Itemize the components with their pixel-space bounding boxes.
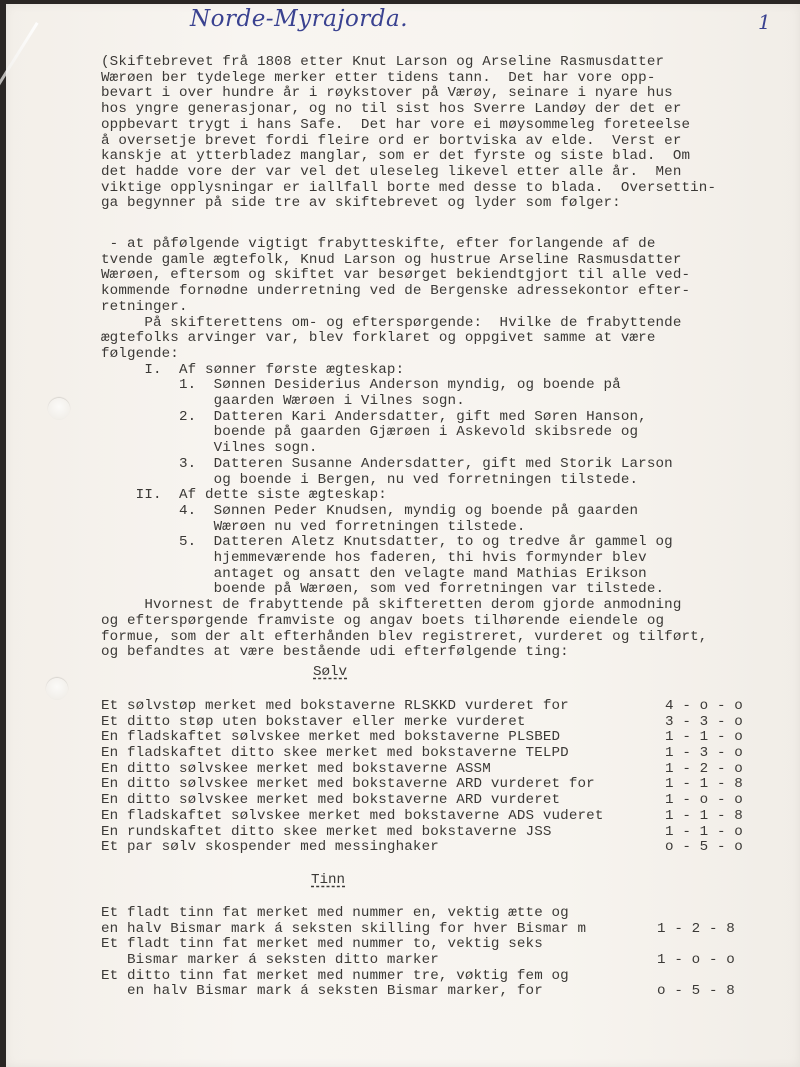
text-line: 4. Sønnen Peder Knudsen, myndig og boend… — [101, 504, 707, 520]
punch-hole — [48, 398, 70, 420]
item-description: Et fladt tinn fat merket med nummer en, … — [101, 906, 586, 937]
inventory-row: Et fladt tinn fat merket med nummer to, … — [101, 937, 781, 968]
text-line: å oversetje brevet fordi fleire ord er b… — [101, 134, 716, 150]
inventory-row: En rundskaftet ditto skee merket med bok… — [101, 825, 781, 841]
text-line: boende på gaarden Gjærøen i Askevold ski… — [101, 425, 707, 441]
paper-fold-crease — [0, 22, 39, 142]
item-value: 1 - 2 - o — [665, 762, 743, 778]
inventory-row: Et fladt tinn fat merket med nummer en, … — [101, 906, 781, 937]
item-description: En ditto sølvskee merket med bokstaverne… — [101, 793, 560, 809]
inventory-row: En fladskaftet ditto skee merket med bok… — [101, 746, 781, 762]
text-line: Vilnes sogn. — [101, 441, 707, 457]
item-description: Et fladt tinn fat merket med nummer to, … — [101, 937, 543, 968]
item-value: 1 - o - o — [657, 953, 735, 969]
item-value: 1 - 1 - 8 — [665, 809, 743, 825]
text-line: kanskje at ytterbladez manglar, som er d… — [101, 149, 716, 165]
text-line: boende på Wærøen, som ved forretningen v… — [101, 582, 707, 598]
handwritten-title: Norde-Myrajorda. — [190, 6, 408, 32]
item-value: 1 - 3 - o — [665, 746, 743, 762]
item-value: 1 - 2 - 8 — [657, 922, 735, 938]
intro-paragraph: (Skiftebrevet frå 1808 etter Knut Larson… — [101, 55, 716, 212]
item-description: En ditto sølvskee merket med bokstaverne… — [101, 762, 491, 778]
text-line: ga begynner på side tre av skiftebrevet … — [101, 196, 716, 212]
text-line: kommende fornødne underretning ved de Be… — [101, 284, 707, 300]
text-line: hjemmeværende hos faderen, thi hvis form… — [101, 551, 707, 567]
item-value: 3 - 3 - o — [665, 715, 743, 731]
text-line: og boende i Bergen, nu ved forretningen … — [101, 473, 707, 489]
text-line: hos yngre generasjonar, og no til sist h… — [101, 102, 716, 118]
item-description: En ditto sølvskee merket med bokstaverne… — [101, 777, 595, 793]
text-line: ægtefolks arvinger var, blev forklaret o… — [101, 331, 707, 347]
section-heading-solv: Sølv — [313, 664, 347, 680]
text-line: retninger. — [101, 300, 707, 316]
text-line: Wærøen nu ved forretningen tilstede. — [101, 520, 707, 536]
inventory-row: En ditto sølvskee merket med bokstaverne… — [101, 777, 781, 793]
item-value: o - 5 - 8 — [657, 984, 735, 1000]
item-description: Et ditto tinn fat merket med nummer tre,… — [101, 969, 569, 1000]
item-description: Et par sølv skospender med messinghaker — [101, 840, 439, 856]
text-line: På skifterettens om- og efterspørgende: … — [101, 316, 707, 332]
item-value: 1 - 1 - o — [665, 825, 743, 841]
text-line: 5. Datteren Aletz Knutsdatter, to og tre… — [101, 535, 707, 551]
item-value: 1 - 1 - o — [665, 730, 743, 746]
item-description: En fladskaftet ditto skee merket med bok… — [101, 746, 569, 762]
item-description: En fladskaftet sølvskee merket med bokst… — [101, 730, 560, 746]
text-line: Hvornest de frabyttende på skifteretten … — [101, 598, 707, 614]
text-line: antaget og ansatt den velagte mand Mathi… — [101, 567, 707, 583]
inventory-row: Et ditto støp uten bokstaver eller merke… — [101, 715, 781, 731]
item-description: En fladskaftet sølvskee merket med bokst… — [101, 809, 604, 825]
text-line: - at påfølgende vigtigt frabytteskifte, … — [101, 237, 707, 253]
text-line: bevart i over hundre år i røykstover på … — [101, 86, 716, 102]
text-line: tvende gamle ægtefolk, Knud Larson og hu… — [101, 253, 707, 269]
item-value: 1 - 1 - 8 — [665, 777, 743, 793]
text-line: 2. Datteren Kari Andersdatter, gift med … — [101, 410, 707, 426]
item-description: En rundskaftet ditto skee merket med bok… — [101, 825, 552, 841]
inventory-row: Et par sølv skospender med messinghakero… — [101, 840, 781, 856]
text-line: oppbevart trygt i hans Safe. Det har vor… — [101, 118, 716, 134]
section-heading-tinn: Tinn — [311, 872, 345, 888]
text-line: Wærøen ber tydelege merker etter tidens … — [101, 71, 716, 87]
inventory-row: En ditto sølvskee merket med bokstaverne… — [101, 762, 781, 778]
text-line: (Skiftebrevet frå 1808 etter Knut Larson… — [101, 55, 716, 71]
text-line: 3. Datteren Susanne Andersdatter, gift m… — [101, 457, 707, 473]
text-line: det hadde vore der var vel det uleseleg … — [101, 165, 716, 181]
text-line: og efterspørgende framviste og angav boe… — [101, 614, 707, 630]
punch-hole — [46, 678, 68, 700]
text-line: II. Af dette siste ægteskap: — [101, 488, 707, 504]
main-text: - at påfølgende vigtigt frabytteskifte, … — [101, 237, 707, 661]
text-line: I. Af sønner første ægteskap: — [101, 363, 707, 379]
inventory-row: Et sølvstøp merket med bokstaverne RLSKK… — [101, 699, 781, 715]
page-number: 1 — [758, 10, 771, 34]
text-line: formue, som der alt efterhånden blev reg… — [101, 630, 707, 646]
item-description: Et sølvstøp merket med bokstaverne RLSKK… — [101, 699, 569, 715]
item-value: 4 - o - o — [665, 699, 743, 715]
solv-inventory-list: Et sølvstøp merket med bokstaverne RLSKK… — [101, 699, 781, 856]
text-line: og befandtes at være bestående udi efter… — [101, 645, 707, 661]
text-line: viktige opplysningar er iallfall borte m… — [101, 181, 716, 197]
text-line: følgende: — [101, 347, 707, 363]
inventory-row: En ditto sølvskee merket med bokstaverne… — [101, 793, 781, 809]
text-line: 1. Sønnen Desiderius Anderson myndig, og… — [101, 378, 707, 394]
inventory-row: Et ditto tinn fat merket med nummer tre,… — [101, 969, 781, 1000]
text-line: Wærøen, eftersom og skiftet var besørget… — [101, 268, 707, 284]
text-line: gaarden Wærøen i Vilnes sogn. — [101, 394, 707, 410]
tinn-inventory-list: Et fladt tinn fat merket med nummer en, … — [101, 906, 781, 1000]
item-value: o - 5 - o — [665, 840, 743, 856]
inventory-row: En fladskaftet sølvskee merket med bokst… — [101, 730, 781, 746]
inventory-row: En fladskaftet sølvskee merket med bokst… — [101, 809, 781, 825]
item-value: 1 - o - o — [665, 793, 743, 809]
item-description: Et ditto støp uten bokstaver eller merke… — [101, 715, 526, 731]
